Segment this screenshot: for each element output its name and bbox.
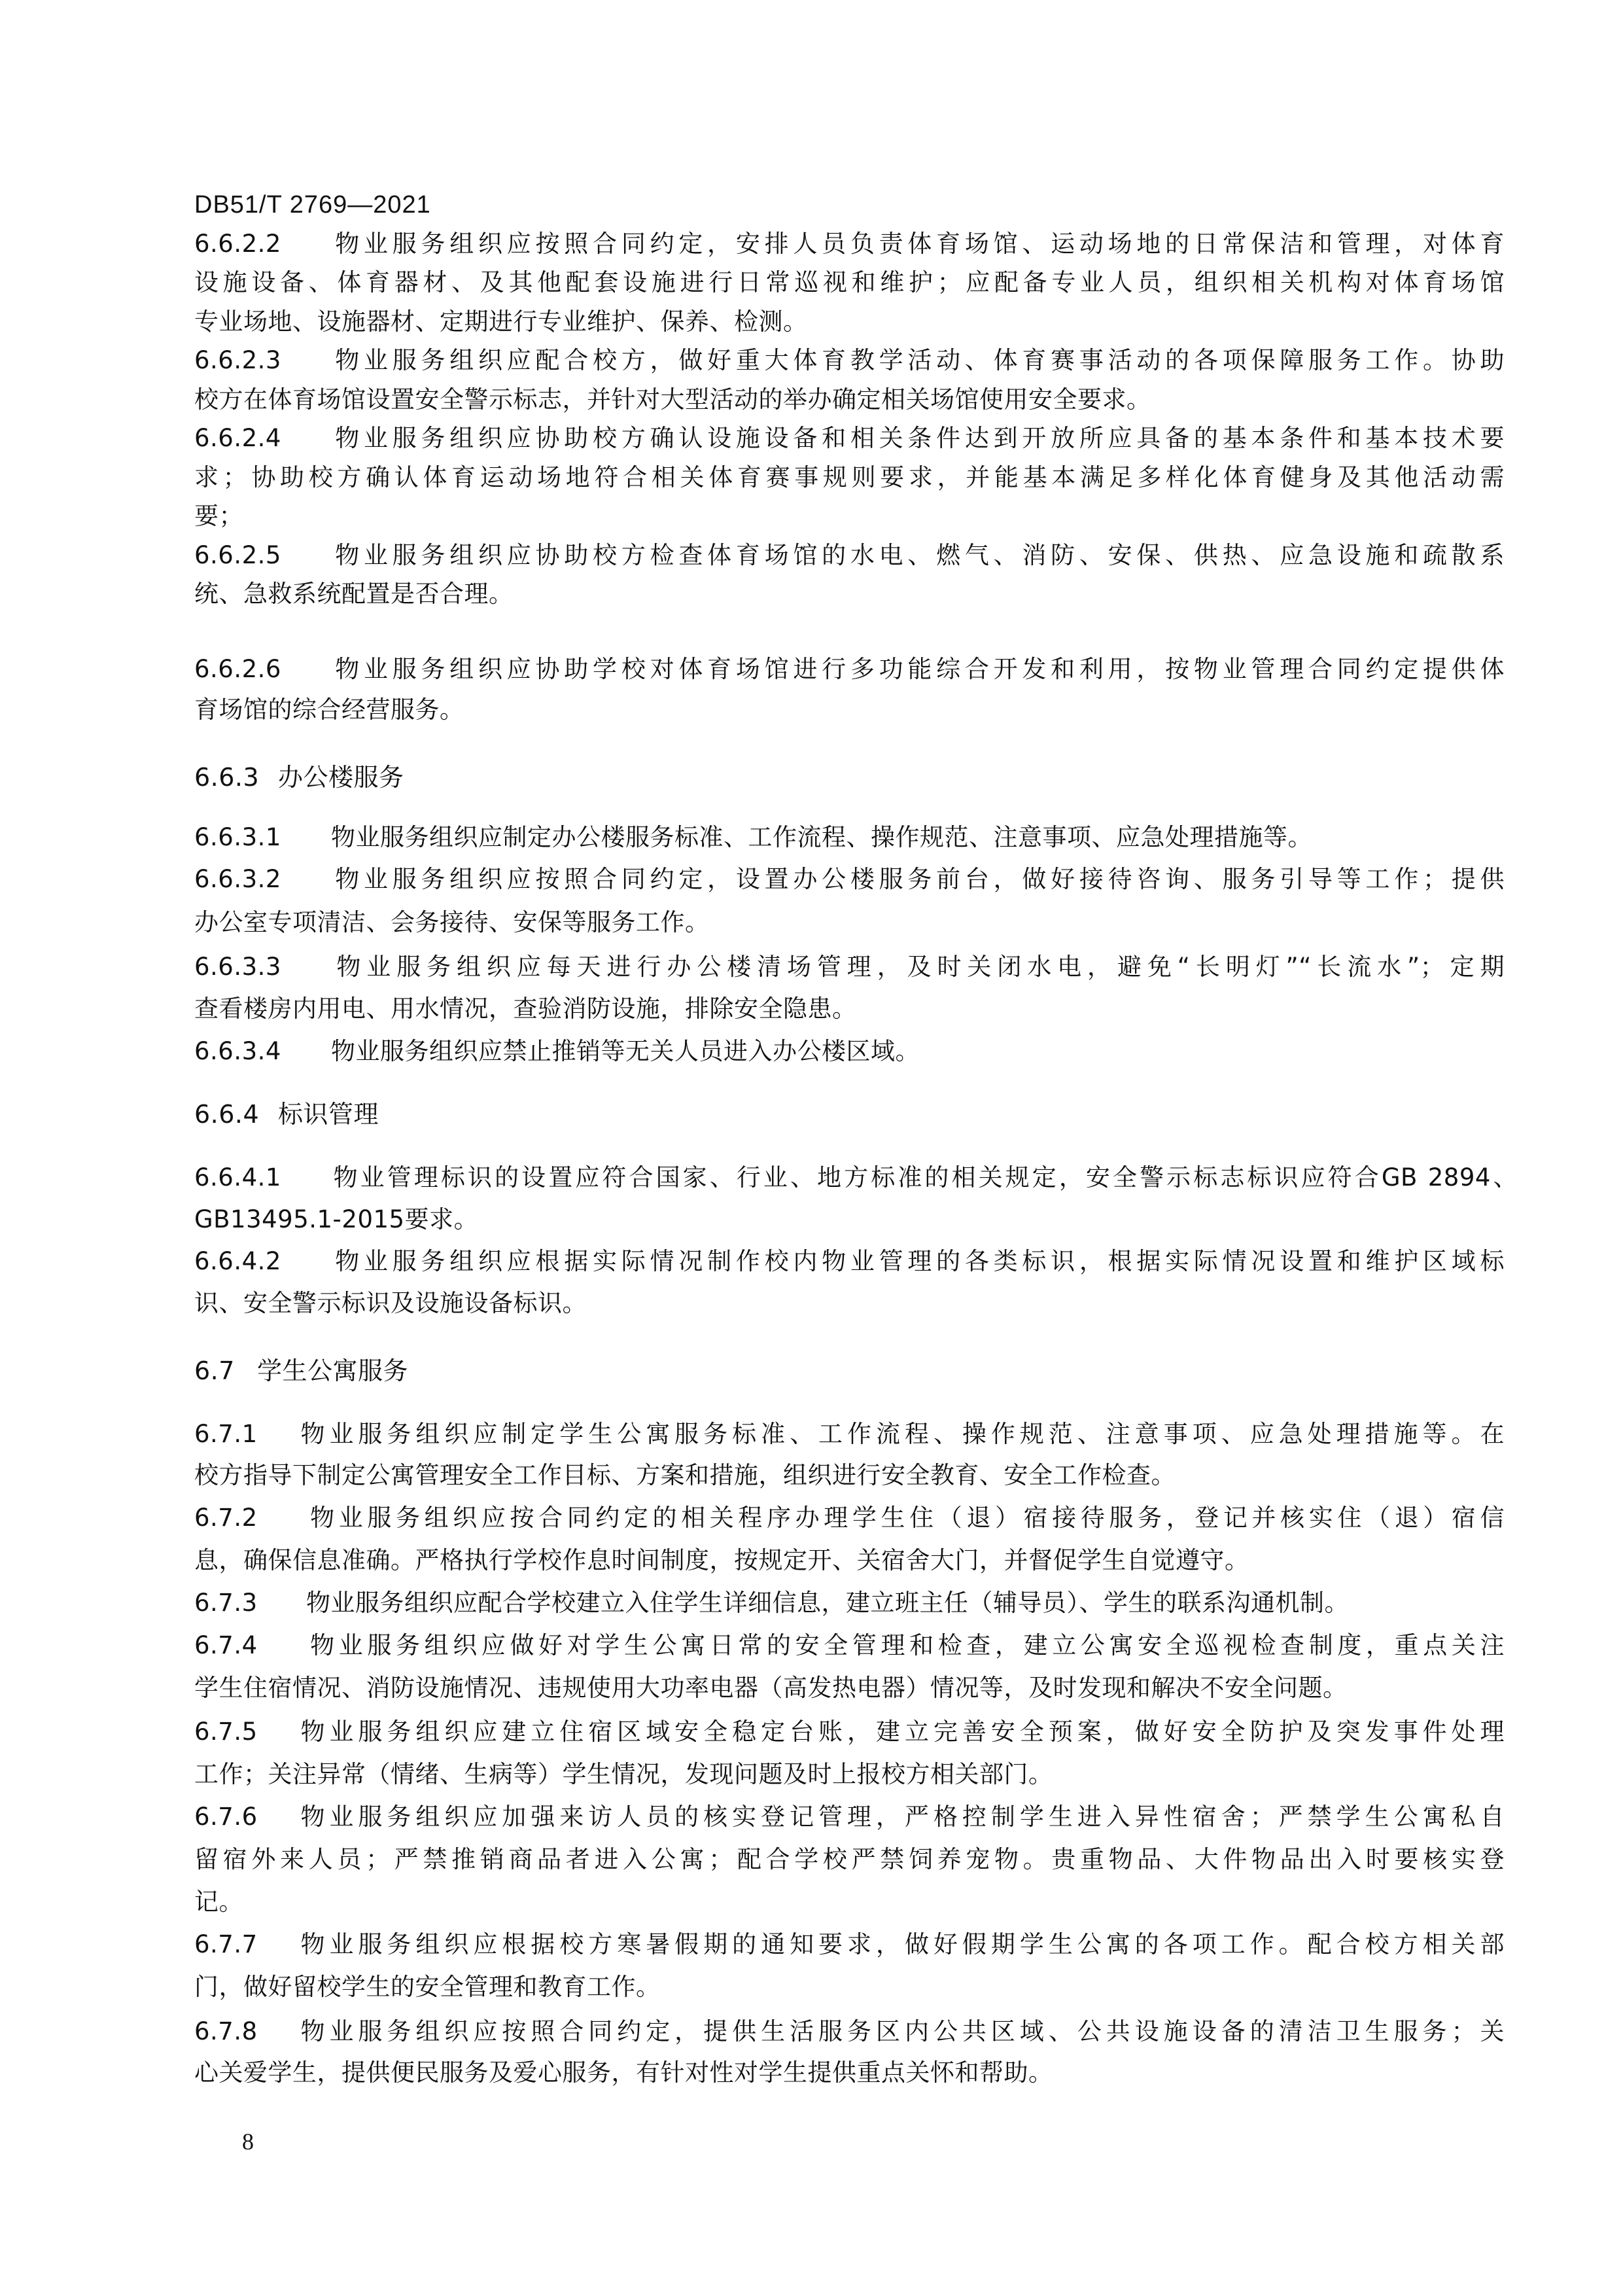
clause-number: 6.6.2.5 <box>194 536 331 575</box>
clause-text: 物业服务组织应根据校方寒暑假期的通知要求，做好假期学生公寓的各项工作。配合校方相… <box>296 1930 1505 1958</box>
clause-text-line: 办公室专项清洁、会务接待、安保等服务工作。 <box>194 903 710 942</box>
clause-6-7-2: 6.7.2物业服务组织应按合同约定的相关程序办理学生住（退）宿接待服务，登记并核… <box>194 1498 1505 1538</box>
clause-6-7-7: 6.7.7物业服务组织应根据校方寒暑假期的通知要求，做好假期学生公寓的各项工作。… <box>194 1925 1505 1964</box>
clause-number: 6.6.4.1 <box>194 1158 331 1197</box>
clause-6-6-2-4: 6.6.2.4物业服务组织应协助校方确认设施设备和相关条件达到开放所应具备的基本… <box>194 419 1505 458</box>
clause-text: 物业服务组织应根据实际情况制作校内物业管理的各类标识，根据实际情况设置和维护区域… <box>331 1247 1505 1275</box>
clause-text-line: 学生住宿情况、消防设施情况、违规使用大功率电器（高发热电器）情况等，及时发现和解… <box>194 1669 1348 1708</box>
clause-text-line: 要； <box>194 497 243 536</box>
heading-number: 6.6.3 <box>194 758 278 797</box>
clause-6-6-4-1: 6.6.4.1物业管理标识的设置应符合国家、行业、地方标准的相关规定，安全警示标… <box>194 1158 1518 1197</box>
clause-text: 物业服务组织应禁止推销等无关人员进入办公楼区域。 <box>331 1037 920 1065</box>
section-heading-6-6-3: 6.6.3办公楼服务 <box>194 758 404 797</box>
clause-number: 6.7.6 <box>194 1797 296 1837</box>
clause-6-6-4-2: 6.6.4.2物业服务组织应根据实际情况制作校内物业管理的各类标识，根据实际情况… <box>194 1242 1505 1281</box>
clause-6-7-4: 6.7.4物业服务组织应做好对学生公寓日常的安全管理和检查，建立公寓安全巡视检查… <box>194 1626 1505 1665</box>
clause-number: 6.7.3 <box>194 1583 306 1623</box>
clause-6-6-2-2: 6.6.2.2物业服务组织应按照合同约定，安排人员负责体育场馆、运动场地的日常保… <box>194 224 1505 264</box>
clause-text-line: 校方在体育场馆设置安全警示标志，并针对大型活动的举办确定相关场馆使用安全要求。 <box>194 380 1151 419</box>
clause-number: 6.6.2.6 <box>194 650 331 689</box>
clause-text-line: 息，确保信息准确。严格执行学校作息时间制度，按规定开、关宿舍大门，并督促学生自觉… <box>194 1541 1249 1580</box>
clause-text-line: 校方指导下制定公寓管理安全工作目标、方案和措施，组织进行安全教育、安全工作检查。 <box>194 1456 1176 1495</box>
heading-title: 学生公寓服务 <box>257 1356 408 1385</box>
clause-text: 物业服务组织应协助学校对体育场馆进行多功能综合开发和利用，按物业管理合同约定提供… <box>331 655 1505 683</box>
clause-text: 物业服务组织应按照合同约定，设置办公楼服务前台，做好接待咨询、服务引导等工作；提… <box>331 865 1505 893</box>
clause-number: 6.7.7 <box>194 1925 296 1964</box>
clause-text: 物业服务组织应协助校方检查体育场馆的水电、燃气、消防、安保、供热、应急设施和疏散… <box>331 541 1505 569</box>
clause-text: 物业服务组织应配合校方，做好重大体育教学活动、体育赛事活动的各项保障服务工作。协… <box>331 346 1505 374</box>
clause-6-6-3-4: 6.6.3.4物业服务组织应禁止推销等无关人员进入办公楼区域。 <box>194 1032 920 1071</box>
page-number: 8 <box>242 2128 254 2155</box>
document-page: DB51/T 2769—2021 6.6.2.2物业服务组织应按照合同约定，安排… <box>0 0 1623 2296</box>
clause-text: 物业管理标识的设置应符合国家、行业、地方标准的相关规定，安全警示标志标识应符合G… <box>331 1163 1518 1192</box>
clause-6-7-8: 6.7.8物业服务组织应按照合同约定，提供生活服务区内公共区域、公共设施设备的清… <box>194 2012 1505 2051</box>
clause-text: 物业服务组织应协助校方确认设施设备和相关条件达到开放所应具备的基本条件和基本技术… <box>331 424 1505 452</box>
clause-number: 6.6.3.3 <box>194 947 331 987</box>
clause-number: 6.7.4 <box>194 1626 306 1665</box>
clause-text: 物业服务组织应制定学生公寓服务标准、工作流程、操作规范、注意事项、应急处理措施等… <box>296 1420 1505 1448</box>
clause-text-line: 心关爱学生，提供便民服务及爱心服务，有针对性对学生提供重点关怀和帮助。 <box>194 2053 1053 2093</box>
clause-number: 6.7.2 <box>194 1498 306 1538</box>
clause-text: 物业服务组织应做好对学生公寓日常的安全管理和检查，建立公寓安全巡视检查制度，重点… <box>306 1631 1505 1659</box>
clause-text-line: 求；协助校方确认体育运动场地符合相关体育赛事规则要求，并能基本满足多样化体育健身… <box>194 458 1505 497</box>
section-heading-6-7: 6.7学生公寓服务 <box>194 1351 408 1390</box>
clause-text-line: 门，做好留校学生的安全管理和教育工作。 <box>194 1968 661 2007</box>
clause-6-6-2-5: 6.6.2.5物业服务组织应协助校方检查体育场馆的水电、燃气、消防、安保、供热、… <box>194 536 1505 575</box>
clause-number: 6.6.3.2 <box>194 860 331 899</box>
clause-text-line: GB13495.1-2015要求。 <box>194 1200 478 1239</box>
clause-text-line: 记。 <box>194 1882 243 1922</box>
clause-6-6-3-1: 6.6.3.1物业服务组织应制定办公楼服务标准、工作流程、操作规范、注意事项、应… <box>194 818 1312 857</box>
clause-text: 物业服务组织应按照合同约定，安排人员负责体育场馆、运动场地的日常保洁和管理，对体… <box>331 230 1505 258</box>
heading-title: 办公楼服务 <box>278 763 404 792</box>
clause-6-6-3-3: 6.6.3.3物业服务组织应每天进行办公楼清场管理，及时关闭水电，避免“长明灯”… <box>194 947 1505 987</box>
clause-text-line: 育场馆的综合经营服务。 <box>194 690 464 730</box>
clause-number: 6.6.4.2 <box>194 1242 331 1281</box>
clause-6-7-5: 6.7.5物业服务组织应建立住宿区域安全稳定台账，建立完善安全预案，做好安全防护… <box>194 1712 1505 1752</box>
clause-text-line: 专业场地、设施器材、定期进行专业维护、保养、检测。 <box>194 302 808 342</box>
heading-title: 标识管理 <box>278 1100 379 1129</box>
clause-number: 6.7.5 <box>194 1712 296 1752</box>
clause-6-7-3: 6.7.3物业服务组织应配合学校建立入住学生详细信息，建立班主任（辅导员）、学生… <box>194 1583 1349 1623</box>
clause-number: 6.6.2.4 <box>194 419 331 458</box>
clause-text: 物业服务组织应按合同约定的相关程序办理学生住（退）宿接待服务，登记并核实住（退）… <box>306 1504 1505 1532</box>
clause-number: 6.6.3.4 <box>194 1032 331 1071</box>
clause-text-line: 查看楼房内用电、用水情况，查验消防设施，排除安全隐患。 <box>194 989 857 1029</box>
clause-text: 物业服务组织应配合学校建立入住学生详细信息，建立班主任（辅导员）、学生的联系沟通… <box>306 1589 1349 1617</box>
clause-text: 物业服务组织应建立住宿区域安全稳定台账，建立完善安全预案，做好安全防护及突发事件… <box>296 1718 1505 1746</box>
clause-text-line: 设施设备、体育器材、及其他配套设施进行日常巡视和维护；应配备专业人员，组织相关机… <box>194 263 1505 302</box>
clause-6-6-3-2: 6.6.3.2物业服务组织应按照合同约定，设置办公楼服务前台，做好接待咨询、服务… <box>194 860 1505 899</box>
clause-number: 6.6.2.3 <box>194 341 331 380</box>
clause-number: 6.7.8 <box>194 2012 296 2051</box>
clause-text: 物业服务组织应制定办公楼服务标准、工作流程、操作规范、注意事项、应急处理措施等。 <box>331 823 1312 851</box>
clause-text-line: 留宿外来人员；严禁推销商品者进入公寓；配合学校严禁饲养宠物。贵重物品、大件物品出… <box>194 1840 1505 1879</box>
clause-text: 物业服务组织应按照合同约定，提供生活服务区内公共区域、公共设施设备的清洁卫生服务… <box>296 2017 1505 2045</box>
section-heading-6-6-4: 6.6.4标识管理 <box>194 1095 379 1134</box>
clause-text-line: 统、急救系统配置是否合理。 <box>194 574 514 614</box>
clause-6-6-2-3: 6.6.2.3物业服务组织应配合校方，做好重大体育教学活动、体育赛事活动的各项保… <box>194 341 1505 380</box>
clause-text: 物业服务组织应加强来访人员的核实登记管理，严格控制学生进入异性宿舍；严禁学生公寓… <box>296 1803 1505 1831</box>
clause-number: 6.7.1 <box>194 1415 296 1454</box>
clause-6-7-6: 6.7.6物业服务组织应加强来访人员的核实登记管理，严格控制学生进入异性宿舍；严… <box>194 1797 1505 1837</box>
clause-6-6-2-6: 6.6.2.6物业服务组织应协助学校对体育场馆进行多功能综合开发和利用，按物业管… <box>194 650 1505 689</box>
document-code-header: DB51/T 2769—2021 <box>194 185 431 224</box>
heading-number: 6.6.4 <box>194 1095 278 1134</box>
clause-6-7-1: 6.7.1物业服务组织应制定学生公寓服务标准、工作流程、操作规范、注意事项、应急… <box>194 1415 1505 1454</box>
clause-number: 6.6.2.2 <box>194 224 331 264</box>
heading-number: 6.7 <box>194 1351 257 1390</box>
clause-number: 6.6.3.1 <box>194 818 331 857</box>
clause-text-line: 识、安全警示标识及设施设备标识。 <box>194 1284 587 1323</box>
clause-text: 物业服务组织应每天进行办公楼清场管理，及时关闭水电，避免“长明灯”“长流水”；定… <box>331 953 1505 981</box>
clause-text-line: 工作；关注异常（情绪、生病等）学生情况，发现问题及时上报校方相关部门。 <box>194 1755 1053 1794</box>
